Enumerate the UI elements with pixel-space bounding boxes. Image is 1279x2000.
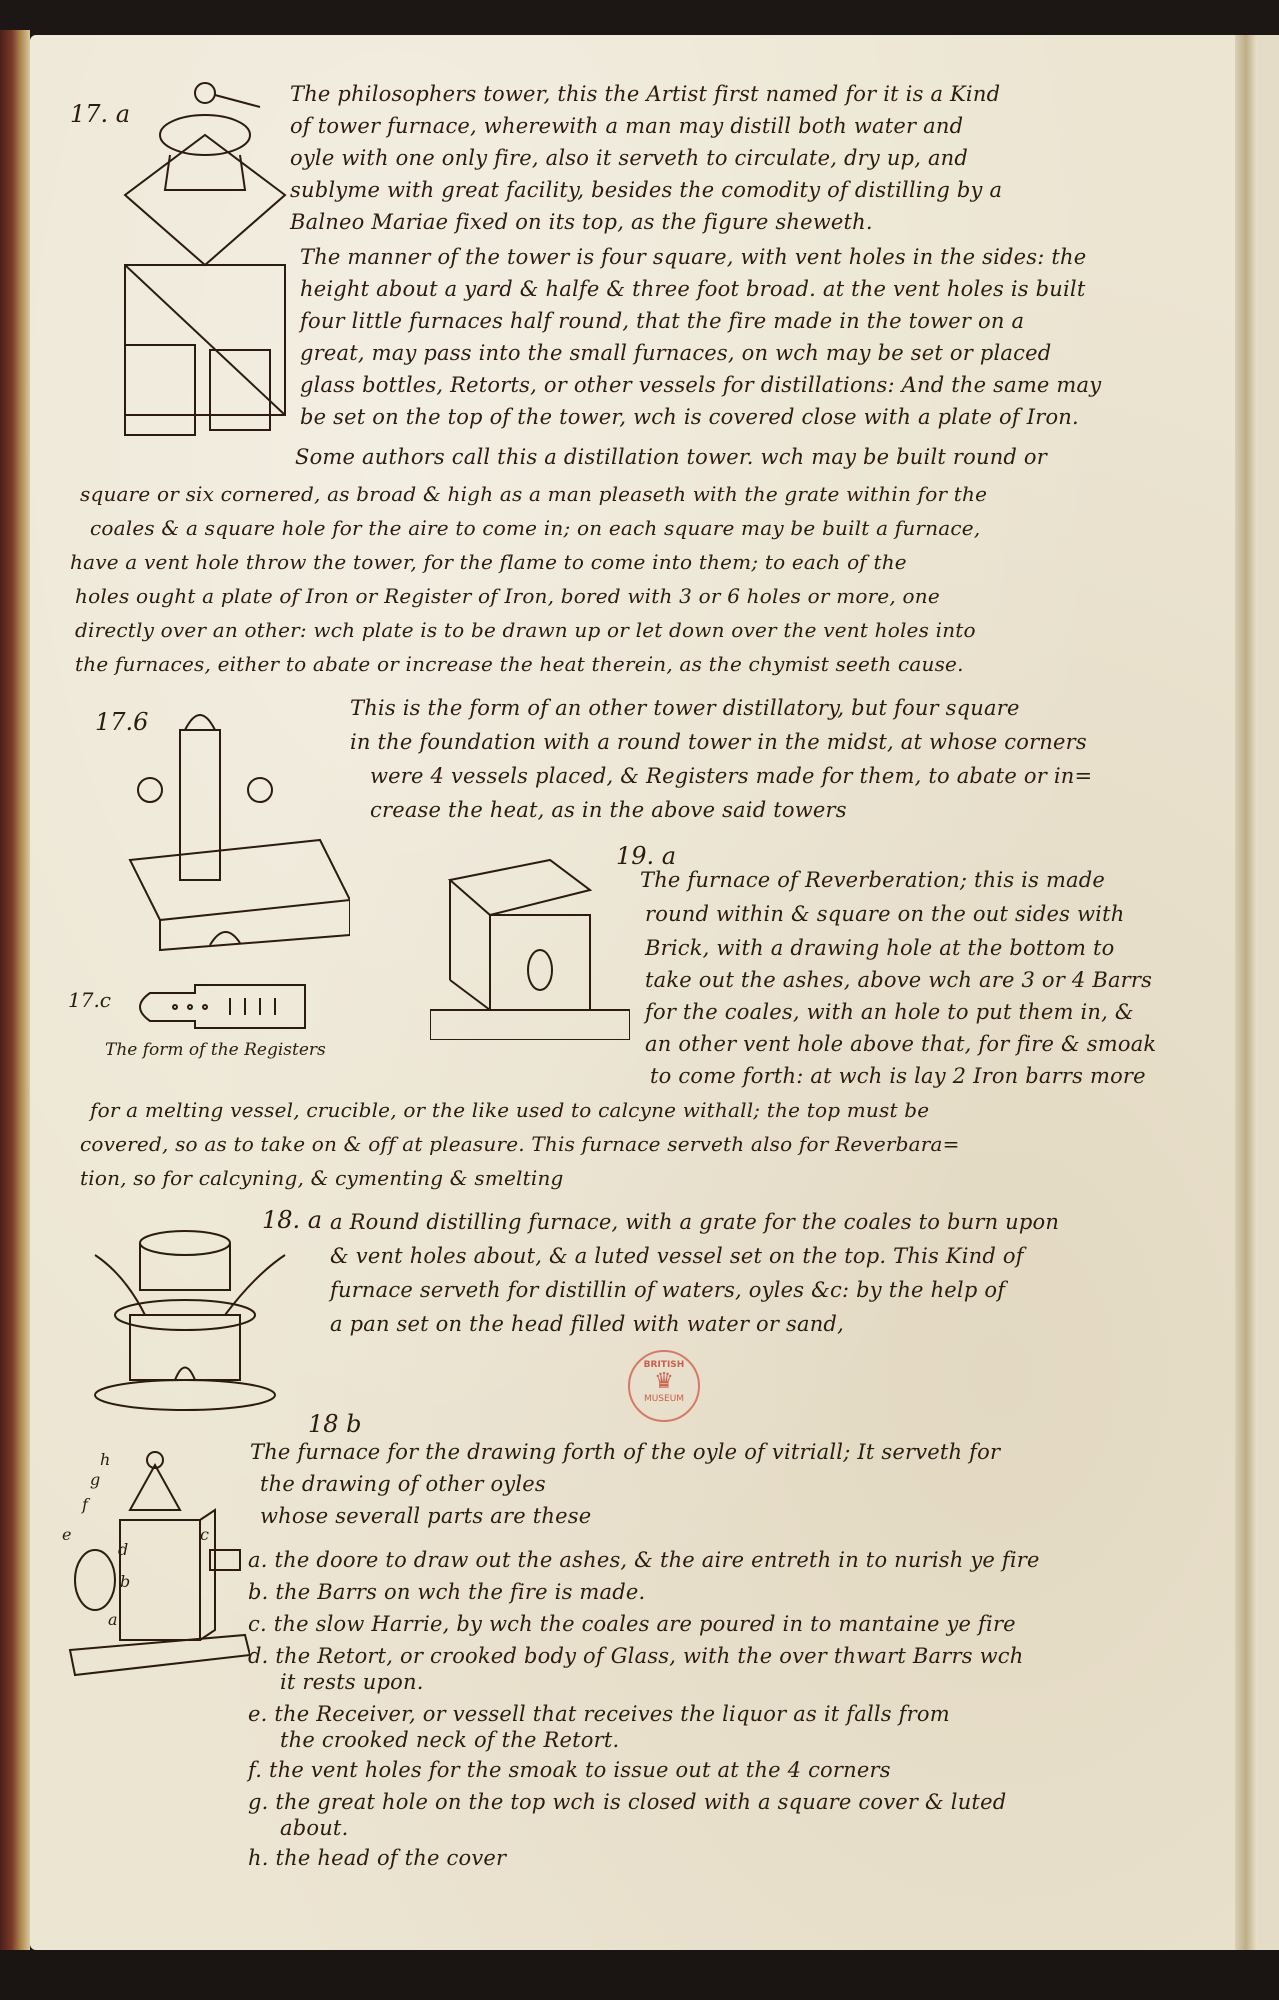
- text-line: The furnace for the drawing forth of the…: [250, 1440, 1000, 1464]
- text-line: an other vent hole above that, for fire …: [645, 1032, 1156, 1056]
- text-line: have a vent hole throw the tower, for th…: [70, 550, 907, 574]
- text-line: crease the heat, as in the above said to…: [370, 798, 847, 822]
- text-line: of tower furnace, wherewith a man may di…: [290, 114, 963, 138]
- vitriol-furnace-drawing: [60, 1440, 250, 1680]
- part-key: f.: [248, 1758, 262, 1782]
- parts-list-item: g. the great hole on the top wch is clos…: [248, 1790, 1006, 1814]
- tower-distillatory-drawing: [120, 700, 350, 960]
- part-text: the great hole on the top wch is closed …: [275, 1790, 1006, 1814]
- parts-list-item: b. the Barrs on wch the fire is made.: [248, 1580, 645, 1604]
- crown-icon: ♛: [630, 1370, 698, 1394]
- text-line: take out the ashes, above wch are 3 or 4…: [645, 968, 1152, 992]
- text-line: oyle with one only fire, also it serveth…: [290, 146, 968, 170]
- text-line: holes ought a plate of Iron or Register …: [75, 584, 940, 608]
- text-line: a Round distilling furnace, with a grate…: [330, 1210, 1059, 1234]
- parts-list-item: f. the vent holes for the smoak to issue…: [248, 1758, 891, 1782]
- text-line: & vent holes about, & a luted vessel set…: [330, 1244, 1024, 1268]
- figure-letter-e: e: [62, 1525, 71, 1544]
- parts-list-item: it rests upon.: [280, 1670, 424, 1694]
- text-line: directly over an other: wch plate is to …: [75, 618, 976, 642]
- part-text: the Retort, or crooked body of Glass, wi…: [275, 1644, 1023, 1668]
- stamp-text-bottom: MUSEUM: [644, 1394, 684, 1404]
- text-line: sublyme with great facility, besides the…: [290, 178, 1002, 202]
- figure-label-17c: 17.c: [68, 988, 111, 1012]
- text-line: for the coales, with an hole to put them…: [645, 1000, 1134, 1024]
- figure-letter-g: g: [90, 1470, 100, 1489]
- text-line: height about a yard & halfe & three foot…: [300, 277, 1085, 301]
- book-binding-left: [0, 30, 30, 1950]
- text-line: whose severall parts are these: [260, 1504, 591, 1528]
- text-line: covered, so as to take on & off at pleas…: [80, 1132, 960, 1156]
- text-line: coales & a square hole for the aire to c…: [90, 516, 980, 540]
- figure-letter-a: a: [108, 1610, 118, 1629]
- figure-letter-h: h: [100, 1450, 110, 1469]
- text-line: glass bottles, Retorts, or other vessels…: [300, 373, 1101, 397]
- text-line: a pan set on the head filled with water …: [330, 1312, 844, 1336]
- round-distilling-furnace-drawing: [85, 1215, 305, 1415]
- facing-page-edge: [1257, 35, 1279, 1950]
- text-line: the furnaces, either to abate or increas…: [75, 652, 964, 676]
- part-text: it rests upon.: [280, 1670, 424, 1694]
- part-key: b.: [248, 1580, 269, 1604]
- philosophers-tower-drawing: [110, 75, 300, 525]
- text-line: The furnace of Reverberation; this is ma…: [640, 868, 1105, 892]
- part-key: e.: [248, 1702, 268, 1726]
- registers-caption: The form of the Registers: [105, 1040, 326, 1060]
- page-gutter: [1235, 35, 1257, 1950]
- text-line: four little furnaces half round, that th…: [300, 309, 1024, 333]
- text-line: Balneo Mariae fixed on its top, as the f…: [290, 210, 873, 234]
- figure-letter-c: c: [200, 1525, 209, 1544]
- text-line: The manner of the tower is four square, …: [300, 245, 1086, 269]
- text-line: Some authors call this a distillation to…: [295, 445, 1047, 469]
- text-line: tion, so for calcyning, & cymenting & sm…: [80, 1166, 564, 1190]
- text-line: square or six cornered, as broad & high …: [80, 482, 987, 506]
- text-line: for a melting vessel, crucible, or the l…: [90, 1098, 929, 1122]
- figure-letter-b: b: [120, 1572, 130, 1591]
- parts-list-item: e. the Receiver, or vessell that receive…: [248, 1702, 950, 1726]
- figure-letter-f: f: [82, 1495, 88, 1514]
- figure-letter-d: d: [118, 1540, 128, 1559]
- part-key: h.: [248, 1846, 269, 1870]
- text-line: This is the form of an other tower disti…: [350, 696, 1020, 720]
- text-line: round within & square on the out sides w…: [645, 902, 1124, 926]
- parts-list-item: a. the doore to draw out the ashes, & th…: [248, 1548, 1040, 1572]
- part-key: d.: [248, 1644, 269, 1668]
- text-line: to come forth: at wch is lay 2 Iron barr…: [650, 1064, 1146, 1088]
- part-text: the Receiver, or vessell that receives t…: [274, 1702, 949, 1726]
- text-line: in the foundation with a round tower in …: [350, 730, 1087, 754]
- text-line: Brick, with a drawing hole at the bottom…: [645, 936, 1114, 960]
- figure-label-18b: 18 b: [308, 1410, 362, 1438]
- part-text: the head of the cover: [276, 1846, 507, 1870]
- text-line: great, may pass into the small furnaces,…: [300, 341, 1051, 365]
- text-line: be set on the top of the tower, wch is c…: [300, 405, 1079, 429]
- parts-list-item: d. the Retort, or crooked body of Glass,…: [248, 1644, 1023, 1668]
- book-binding-bottom: [0, 1950, 1279, 2000]
- parts-list-item: about.: [280, 1816, 348, 1840]
- part-key: c.: [248, 1612, 267, 1636]
- british-museum-stamp: BRITISH ♛ MUSEUM: [628, 1350, 700, 1422]
- part-text: about.: [280, 1816, 348, 1840]
- part-text: the doore to draw out the ashes, & the a…: [275, 1548, 1040, 1572]
- part-text: the slow Harrie, by wch the coales are p…: [274, 1612, 1016, 1636]
- text-line: The philosophers tower, this the Artist …: [290, 82, 1000, 106]
- parts-list-item: c. the slow Harrie, by wch the coales ar…: [248, 1612, 1016, 1636]
- part-text: the crooked neck of the Retort.: [280, 1728, 619, 1752]
- register-drawing: [120, 983, 310, 1033]
- part-key: a.: [248, 1548, 268, 1572]
- text-line: were 4 vessels placed, & Registers made …: [370, 764, 1092, 788]
- text-line: furnace serveth for distillin of waters,…: [330, 1278, 1005, 1302]
- reverberation-furnace-drawing: [430, 840, 630, 1040]
- part-key: g.: [248, 1790, 269, 1814]
- text-line: the drawing of other oyles: [260, 1472, 546, 1496]
- part-text: the vent holes for the smoak to issue ou…: [269, 1758, 891, 1782]
- parts-list-item: the crooked neck of the Retort.: [280, 1728, 619, 1752]
- parts-list-item: h. the head of the cover: [248, 1846, 506, 1870]
- part-text: the Barrs on wch the fire is made.: [275, 1580, 645, 1604]
